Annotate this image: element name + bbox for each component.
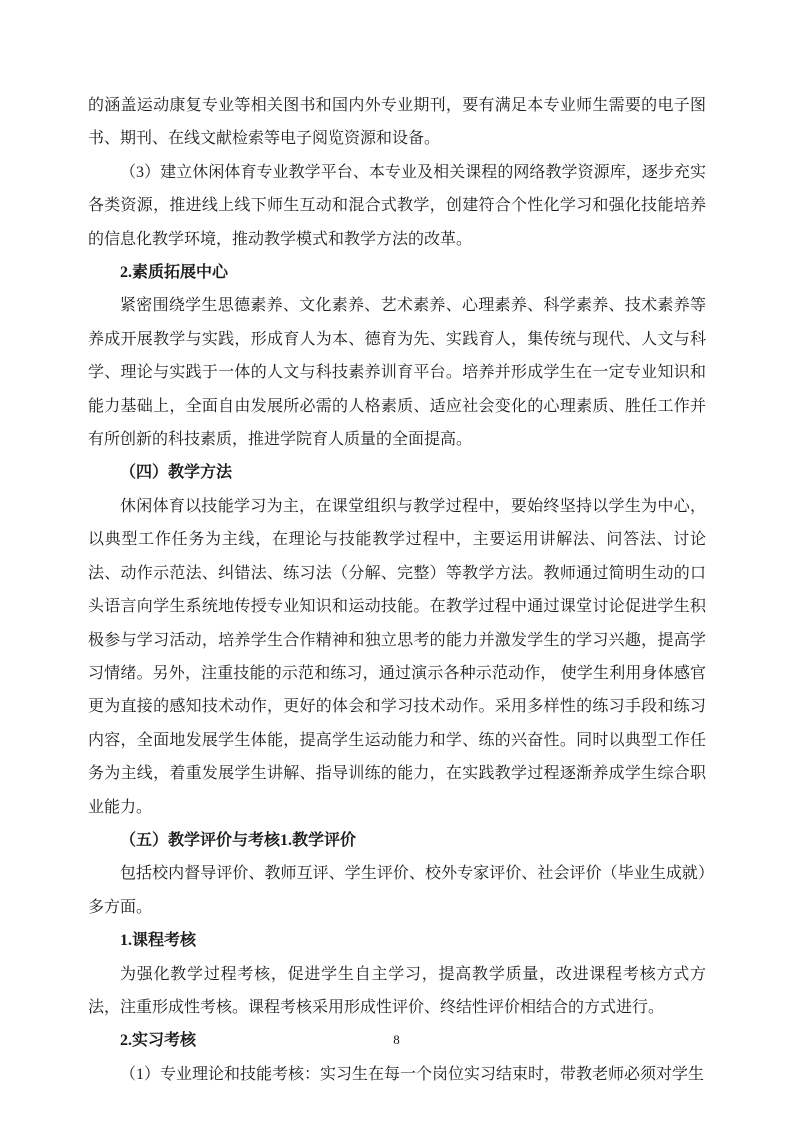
heading-teaching-methods: （四）教学方法 — [88, 456, 706, 489]
paragraph-evaluation-scope: 包括校内督导评价、教师互评、学生评价、校外专家评价、社会评价（毕业生成就）多方面… — [88, 857, 706, 924]
document-body: 的涵盖运动康复专业等相关图书和国内外专业期刊，要有满足本专业师生需要的电子图书、… — [88, 89, 706, 1091]
page-number: 8 — [0, 1032, 793, 1048]
heading-course-assessment: 1.课程考核 — [88, 924, 706, 957]
paragraph-teaching-methods-body: 休闲体育以技能学习为主，在课堂组织与教学过程中，要始终坚持以学生为中心，以典型工… — [88, 490, 706, 824]
heading-teaching-evaluation-and-assessment: （五）教学评价与考核1.教学评价 — [88, 824, 706, 857]
paragraph-internship-assessment-body: （1）专业理论和技能考核：实习生在每一个岗位实习结束时，带教老师必须对学生 — [88, 1058, 706, 1091]
heading-quality-expansion-center: 2.素质拓展中心 — [88, 256, 706, 289]
paragraph-course-assessment-body: 为强化教学过程考核，促进学生自主学习，提高教学质量，改进课程考核方式方法，注重形… — [88, 958, 706, 1025]
document-page: 的涵盖运动康复专业等相关图书和国内外专业期刊，要有满足本专业师生需要的电子图书、… — [0, 0, 793, 1121]
paragraph-online-teaching-platform: （3）建立休闲体育专业教学平台、本专业及相关课程的网络教学资源库，逐步充实各类资… — [88, 156, 706, 256]
paragraph-library-resources: 的涵盖运动康复专业等相关图书和国内外专业期刊，要有满足本专业师生需要的电子图书、… — [88, 89, 706, 156]
paragraph-quality-expansion-body: 紧密围绕学生思德素养、文化素养、艺术素养、心理素养、科学素养、技术素养等养成开展… — [88, 289, 706, 456]
